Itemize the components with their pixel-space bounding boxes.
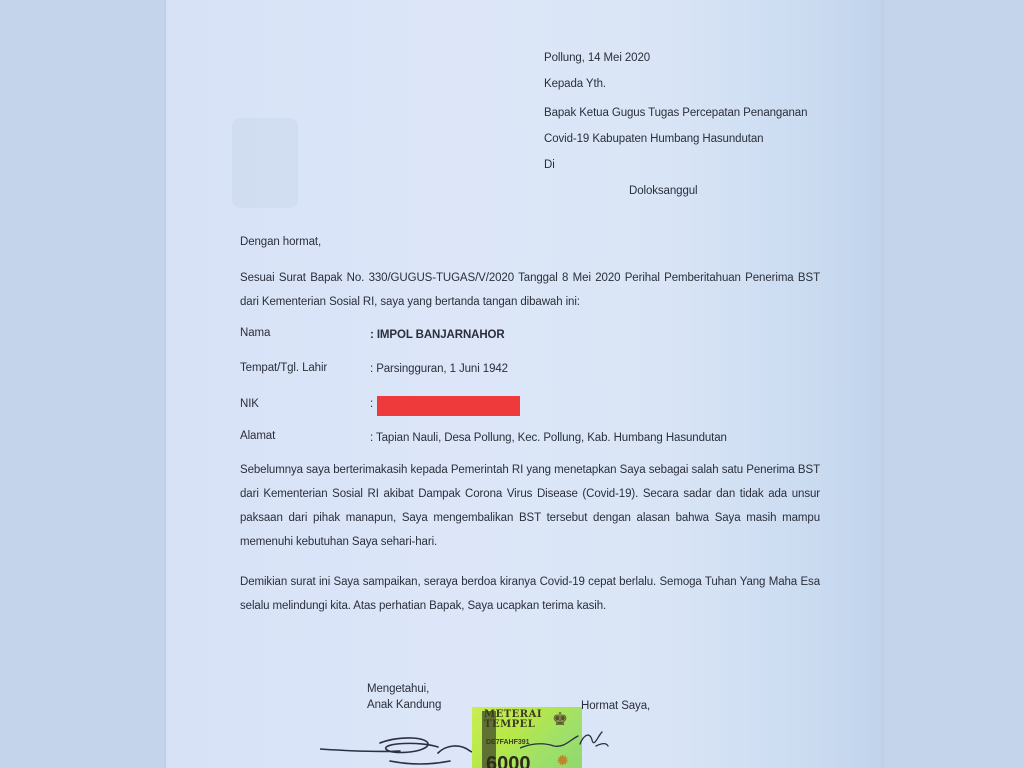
signature-scribble-left [320,735,490,768]
faded-photo-bleedthrough [232,118,298,208]
recipient-location: Doloksanggul [629,185,698,197]
recipient-line-1: Bapak Ketua Gugus Tugas Percepatan Penan… [544,107,807,119]
recipient-at: Di [544,159,555,171]
field-label-birth: Tempat/Tgl. Lahir [240,362,327,374]
place-date: Pollung, 14 Mei 2020 [544,52,650,64]
recipient-line-2: Covid-19 Kabupaten Humbang Hasundutan [544,133,763,145]
salutation-to: Kepada Yth. [544,78,606,90]
signature-left-line-1: Mengetahui, [367,683,429,695]
field-value-nik: : [370,398,373,410]
greeting: Dengan hormat, [240,236,321,248]
field-label-address: Alamat [240,430,275,442]
body-paragraph: Sebelumnya saya berterimakasih kepada Pe… [240,458,820,554]
field-label-nik: NIK [240,398,259,410]
field-value-birth: : Parsingguran, 1 Juni 1942 [370,363,508,375]
field-value-address: : Tapian Nauli, Desa Pollung, Kec. Pollu… [370,432,727,444]
nik-redaction-box [377,396,520,416]
closing-paragraph: Demikian surat ini Saya sampaikan, seray… [240,570,820,618]
intro-paragraph: Sesuai Surat Bapak No. 330/GUGUS-TUGAS/V… [240,266,820,314]
signature-scribble-right [520,726,610,756]
field-value-name: : IMPOL BANJARNAHOR [370,329,505,341]
signature-right-label: Hormat Saya, [581,700,650,712]
field-label-name: Nama [240,327,270,339]
signature-left-line-2: Anak Kandung [367,699,441,711]
